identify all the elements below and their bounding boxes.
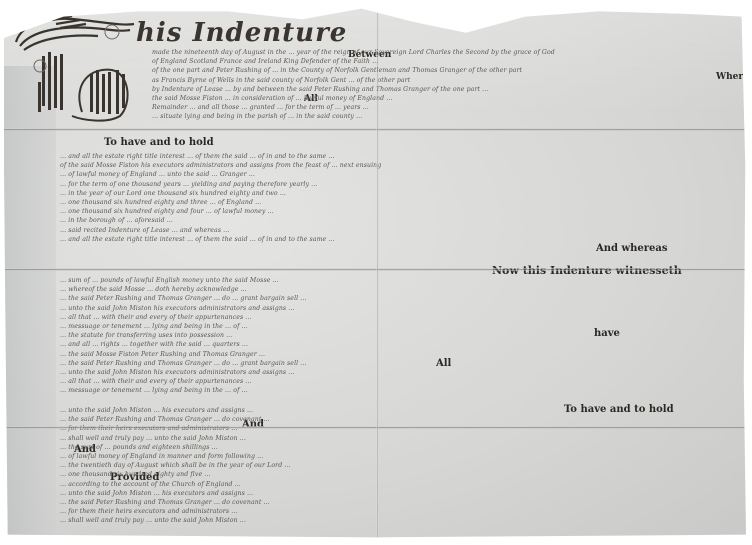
- text-block-lower: ... sum of ... pounds of lawful English …: [60, 276, 744, 395]
- heading-to-have-and-to-hold-1: To have and to hold: [104, 137, 214, 148]
- decorative-initial-t-icon: [12, 12, 142, 122]
- left-margin-shadow: [4, 66, 56, 540]
- fold-crease-vertical: [376, 6, 379, 540]
- text-block-middle: ... and all the estate right title inter…: [60, 152, 744, 244]
- text-block-top: made the nineteenth day of August in the…: [152, 48, 742, 122]
- parchment-document: his Indenture Between Whereas All To hav…: [4, 6, 749, 540]
- indenture-title: his Indenture: [136, 18, 347, 48]
- heading-and-whereas: And whereas: [596, 243, 667, 254]
- text-block-bottom: ... unto the said John Miston ... his ex…: [60, 406, 744, 525]
